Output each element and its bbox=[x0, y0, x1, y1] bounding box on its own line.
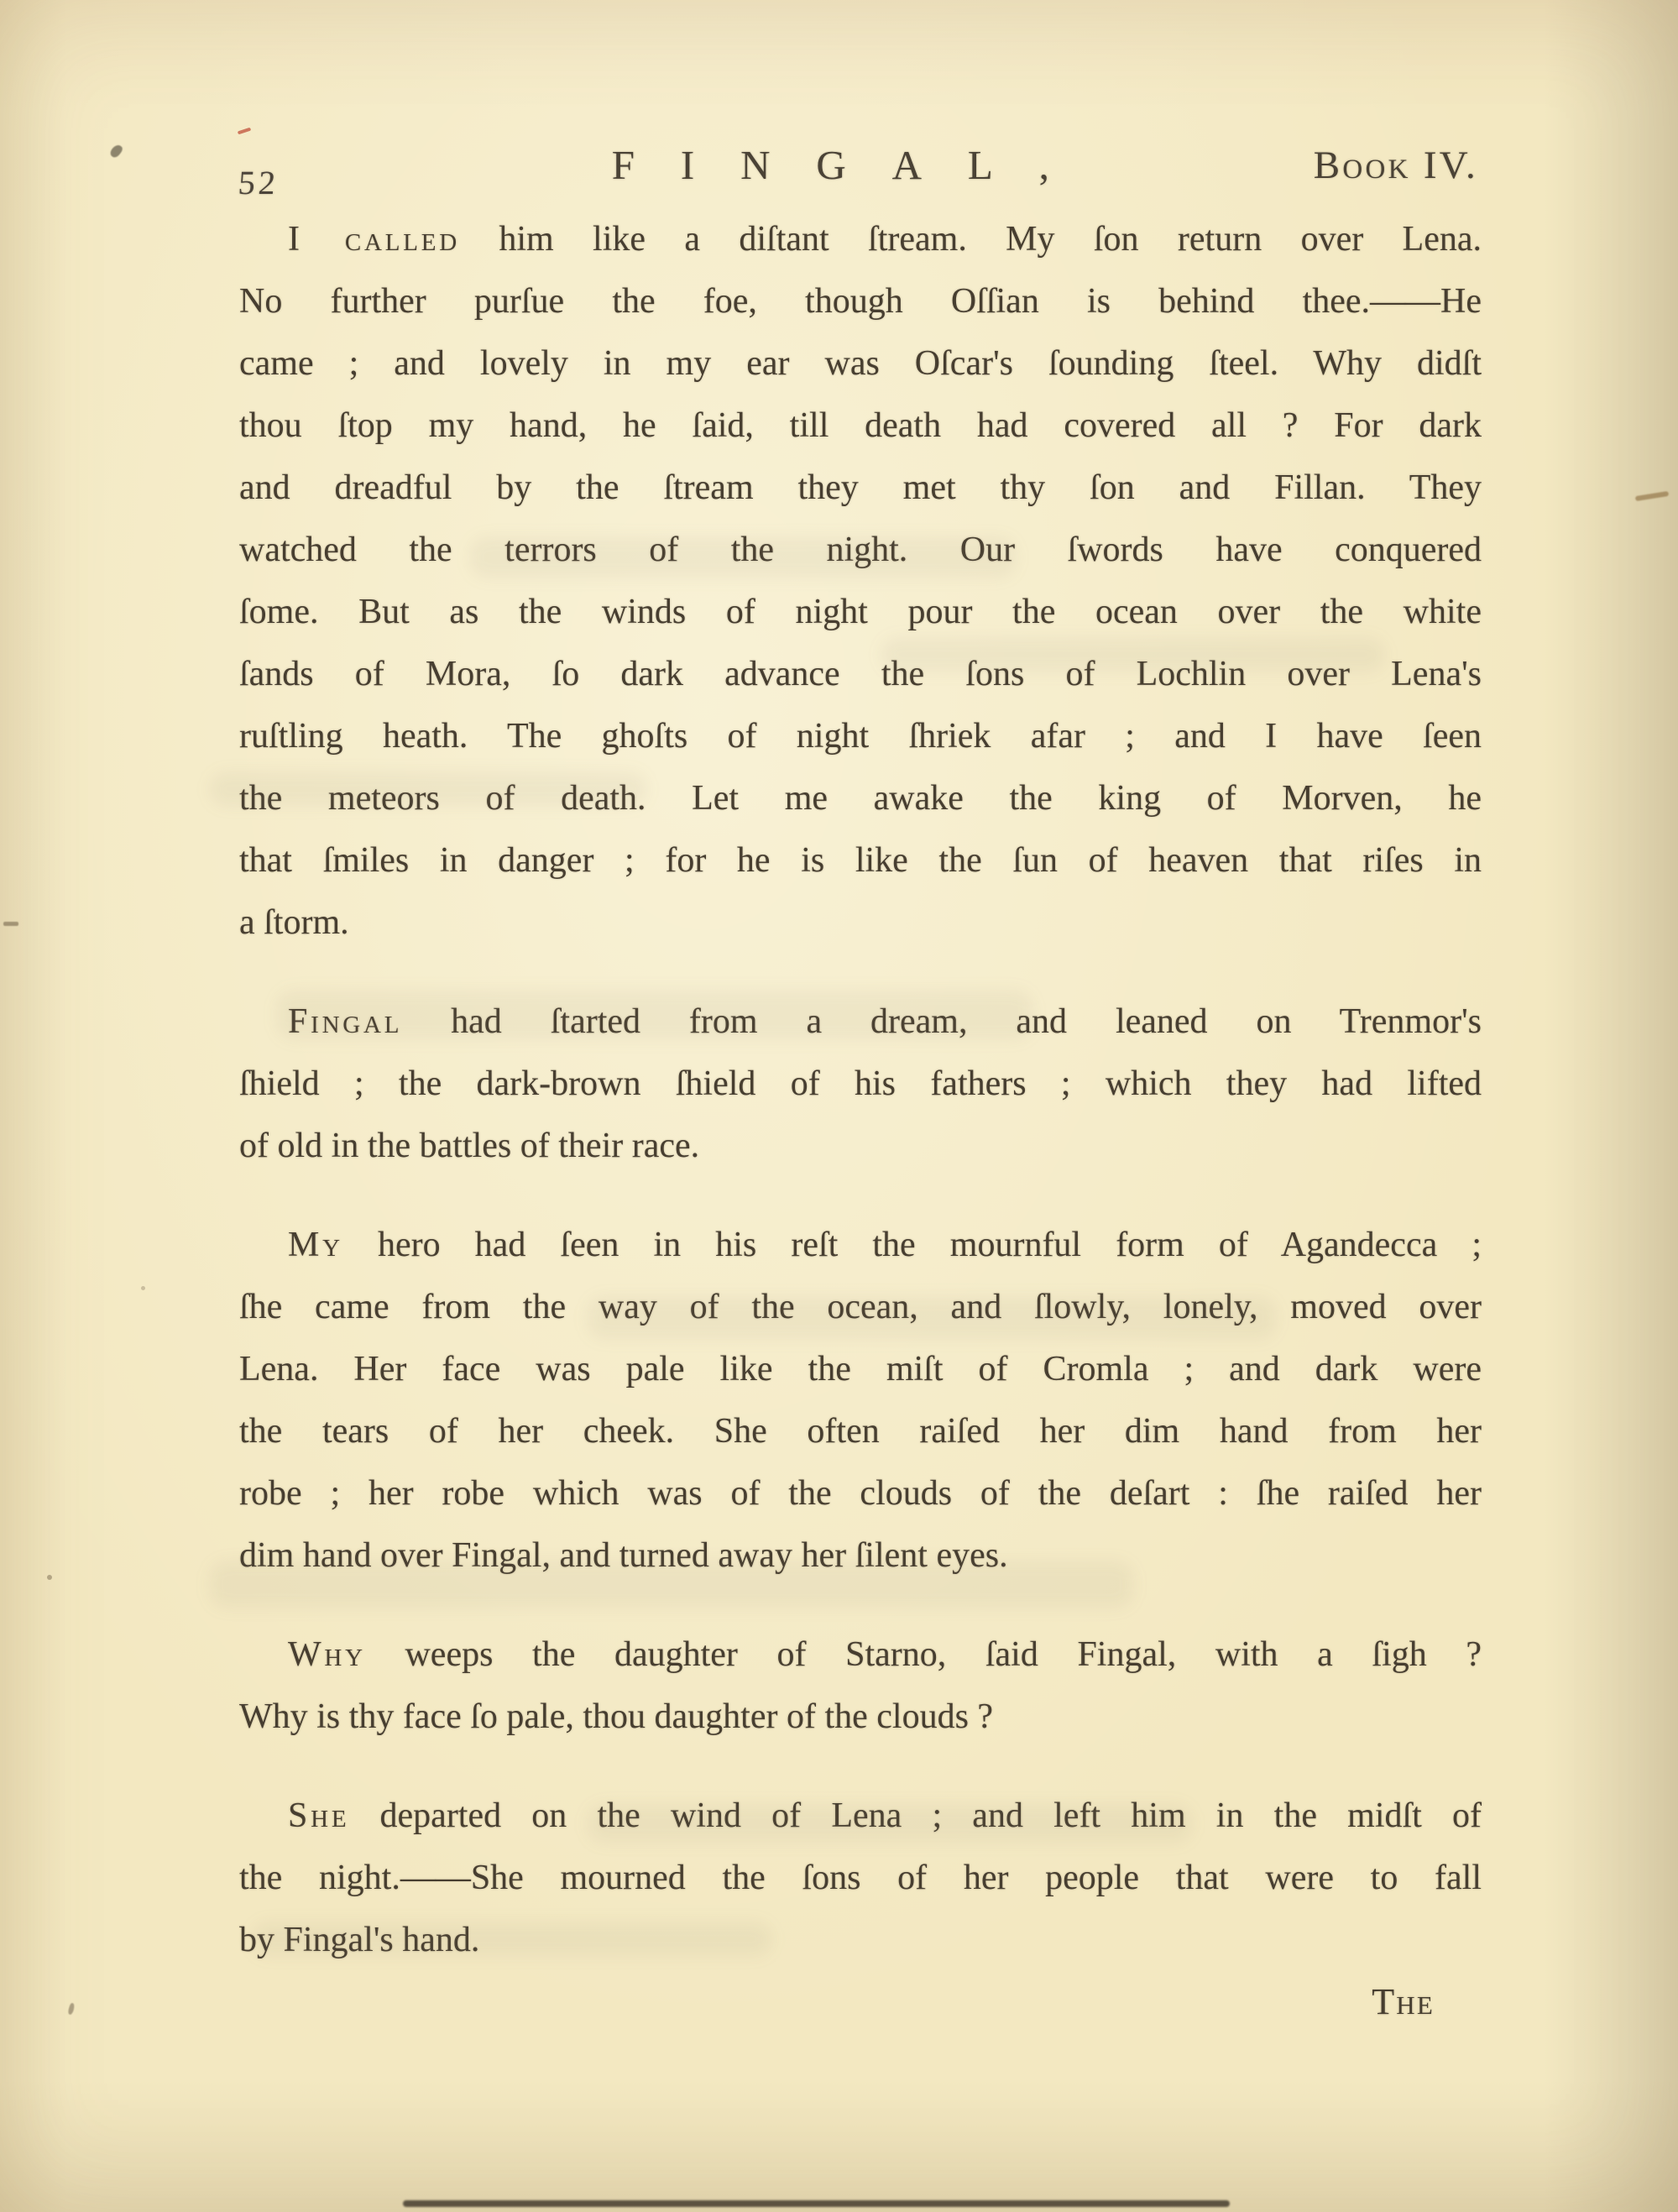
text-line: thou ſtop my hand, he ſaid, till death h… bbox=[239, 395, 1482, 457]
running-header: 52 FINGAL, Book IV. bbox=[0, 141, 1678, 200]
text-line: dim hand over Fingal, and turned away he… bbox=[239, 1524, 1482, 1587]
paragraph-lead-word: Fingal bbox=[288, 1002, 402, 1041]
text-line: Why is thy face ſo pale, thou daughter o… bbox=[239, 1686, 1482, 1748]
text-line: and dreadful by the ſtream they met thy … bbox=[239, 457, 1482, 519]
text-line: of old in the battles of their race. bbox=[239, 1115, 1482, 1177]
text-line: Why weeps the daughter of Starno, ſaid F… bbox=[239, 1624, 1482, 1686]
paragraph: I called him like a diſtant ſtream. My ſ… bbox=[239, 208, 1482, 954]
scan-artifact-margin-dash bbox=[1635, 491, 1669, 501]
scan-artifact-mark bbox=[67, 2002, 76, 2015]
paragraph-lead-word: She bbox=[288, 1796, 349, 1835]
text-line: that ſmiles in danger ; for he is like t… bbox=[239, 829, 1482, 892]
scan-artifact-dot bbox=[47, 1575, 52, 1580]
text-line: ſhe came from the way of the ocean, and … bbox=[239, 1276, 1482, 1338]
text-line: Lena. Her face was pale like the miſt of… bbox=[239, 1338, 1482, 1400]
running-title: FINGAL, bbox=[612, 141, 1095, 189]
text-line: ſhield ; the dark-brown ſhield of his fa… bbox=[239, 1053, 1482, 1115]
paragraph: She departed on the wind of Lena ; and l… bbox=[239, 1785, 1482, 1971]
paragraph: My hero had ſeen in his reſt the mournfu… bbox=[239, 1214, 1482, 1587]
text-line: by Fingal's hand. bbox=[239, 1909, 1482, 1971]
text-line: the meteors of death. Let me awake the k… bbox=[239, 767, 1482, 829]
text-line: My hero had ſeen in his reſt the mournfu… bbox=[239, 1214, 1482, 1276]
page-body: I called him like a diſtant ſtream. My ſ… bbox=[239, 208, 1482, 2008]
scan-edge-line bbox=[403, 2200, 1230, 2207]
paragraph-lead-word: Why bbox=[288, 1635, 366, 1674]
text-line: the tears of her cheek. She often raiſed… bbox=[239, 1400, 1482, 1462]
book-label: Book IV. bbox=[1314, 143, 1478, 188]
text-line: a ſtorm. bbox=[239, 892, 1482, 954]
scan-artifact-red-speck bbox=[238, 128, 251, 135]
text-line: ſome. But as the winds of night pour the… bbox=[239, 581, 1482, 643]
page-number: 52 bbox=[237, 163, 280, 202]
text-line: She departed on the wind of Lena ; and l… bbox=[239, 1785, 1482, 1847]
scan-artifact-margin-dash bbox=[3, 922, 18, 926]
text-line: No further purſue the foe, though Oſſian… bbox=[239, 270, 1482, 332]
paragraph-lead-word: My bbox=[288, 1226, 343, 1264]
paragraph-lead-word: I called bbox=[288, 220, 460, 259]
text-line: robe ; her robe which was of the clouds … bbox=[239, 1462, 1482, 1524]
scan-artifact-dot bbox=[141, 1286, 145, 1290]
paragraph: Why weeps the daughter of Starno, ſaid F… bbox=[239, 1624, 1482, 1748]
paragraph: Fingal had ſtarted from a dream, and lea… bbox=[239, 991, 1482, 1177]
text-line: ruſtling heath. The ghoſts of night ſhri… bbox=[239, 705, 1482, 767]
text-line: I called him like a diſtant ſtream. My ſ… bbox=[239, 208, 1482, 270]
text-line: watched the terrors of the night. Our ſw… bbox=[239, 519, 1482, 581]
text-line: Fingal had ſtarted from a dream, and lea… bbox=[239, 991, 1482, 1053]
book-page-scan: 52 FINGAL, Book IV. I called him like a … bbox=[0, 0, 1678, 2212]
text-line: ſands of Mora, ſo dark advance the ſons … bbox=[239, 643, 1482, 705]
text-line: the night.——She mourned the ſons of her … bbox=[239, 1847, 1482, 1909]
catchword: The bbox=[1372, 1971, 1435, 2033]
text-line: came ; and lovely in my ear was Oſcar's … bbox=[239, 332, 1482, 395]
